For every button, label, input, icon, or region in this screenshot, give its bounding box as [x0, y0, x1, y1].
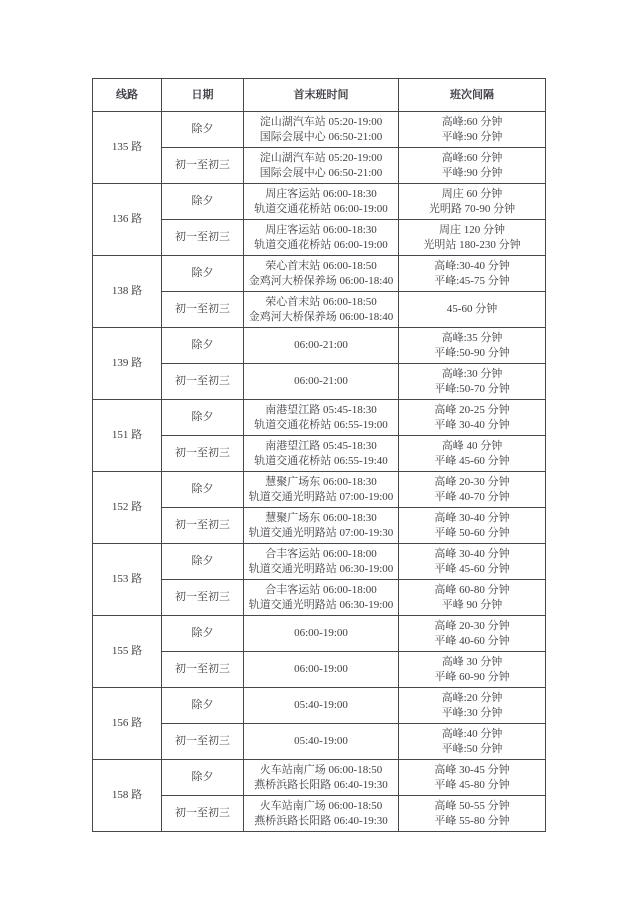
interval-line: 光明站 180-230 分钟: [401, 238, 543, 252]
table-body: 135 路除夕淀山湖汽车站 05:20-19:00国际会展中心 06:50-21…: [93, 112, 546, 832]
interval-line: 高峰 40 分钟: [401, 439, 543, 453]
time-line: 南港望江路 05:45-18:30: [246, 439, 396, 453]
first-last-time-cell: 淀山湖汽车站 05:20-19:00国际会展中心 06:50-21:00: [244, 112, 399, 148]
table-header: 线路 日期 首末班时间 班次间隔: [93, 79, 546, 112]
bus-schedule-table: 线路 日期 首末班时间 班次间隔 135 路除夕淀山湖汽车站 05:20-19:…: [92, 78, 546, 832]
interval-line: 高峰 30-40 分钟: [401, 511, 543, 525]
date-cell: 除夕: [162, 256, 244, 292]
table-row: 152 路除夕慧聚广场东 06:00-18:30轨道交通光明路站 07:00-1…: [93, 472, 546, 508]
header-row: 线路 日期 首末班时间 班次间隔: [93, 79, 546, 112]
interval-line: 光明路 70-90 分钟: [401, 202, 543, 216]
first-last-time-cell: 慧聚广场东 06:00-18:30轨道交通光明路站 07:00-19:00: [244, 472, 399, 508]
interval-line: 平峰 45-60 分钟: [401, 454, 543, 468]
table-row: 136 路除夕周庄客运站 06:00-18:30轨道交通花桥站 06:00-19…: [93, 184, 546, 220]
route-name-cell: 138 路: [93, 256, 162, 328]
time-line: 轨道交通花桥站 06:55-19:40: [246, 454, 396, 468]
time-line: 淀山湖汽车站 05:20-19:00: [246, 151, 396, 165]
interval-line: 高峰 50-55 分钟: [401, 799, 543, 813]
table-row: 138 路除夕荣心首末站 06:00-18:50金鸡河大桥保养场 06:00-1…: [93, 256, 546, 292]
date-cell: 初一至初三: [162, 436, 244, 472]
date-cell: 初一至初三: [162, 364, 244, 400]
interval-line: 平峰 55-80 分钟: [401, 814, 543, 828]
date-cell: 除夕: [162, 544, 244, 580]
route-name-cell: 156 路: [93, 688, 162, 760]
route-name-cell: 153 路: [93, 544, 162, 616]
time-line: 国际会展中心 06:50-21:00: [246, 130, 396, 144]
time-line: 轨道交通光明路站 07:00-19:30: [246, 526, 396, 540]
route-name-cell: 158 路: [93, 760, 162, 832]
interval-cell: 高峰 30-45 分钟平峰 45-80 分钟: [399, 760, 546, 796]
table-row: 135 路除夕淀山湖汽车站 05:20-19:00国际会展中心 06:50-21…: [93, 112, 546, 148]
first-last-time-cell: 06:00-21:00: [244, 328, 399, 364]
col-header-date: 日期: [162, 79, 244, 112]
interval-line: 平峰:45-75 分钟: [401, 274, 543, 288]
time-line: 06:00-19:00: [246, 626, 396, 640]
interval-cell: 高峰 50-55 分钟平峰 55-80 分钟: [399, 796, 546, 832]
date-cell: 除夕: [162, 400, 244, 436]
col-header-route: 线路: [93, 79, 162, 112]
first-last-time-cell: 合丰客运站 06:00-18:00轨道交通光明路站 06:30-19:00: [244, 580, 399, 616]
interval-cell: 高峰 30 分钟平峰 60-90 分钟: [399, 652, 546, 688]
first-last-time-cell: 淀山湖汽车站 05:20-19:00国际会展中心 06:50-21:00: [244, 148, 399, 184]
interval-line: 高峰:60 分钟: [401, 151, 543, 165]
time-line: 慧聚广场东 06:00-18:30: [246, 475, 396, 489]
first-last-time-cell: 荣心首末站 06:00-18:50金鸡河大桥保养场 06:00-18:40: [244, 292, 399, 328]
date-cell: 初一至初三: [162, 724, 244, 760]
table-row: 151 路除夕南港望江路 05:45-18:30轨道交通花桥站 06:55-19…: [93, 400, 546, 436]
route-name-cell: 151 路: [93, 400, 162, 472]
interval-line: 平峰:50 分钟: [401, 742, 543, 756]
date-cell: 除夕: [162, 184, 244, 220]
time-line: 合丰客运站 06:00-18:00: [246, 583, 396, 597]
date-cell: 初一至初三: [162, 580, 244, 616]
table-row: 156 路除夕05:40-19:00高峰:20 分钟平峰:30 分钟: [93, 688, 546, 724]
first-last-time-cell: 06:00-19:00: [244, 652, 399, 688]
interval-line: 高峰:30 分钟: [401, 367, 543, 381]
interval-line: 平峰:30 分钟: [401, 706, 543, 720]
interval-line: 高峰:35 分钟: [401, 331, 543, 345]
time-line: 轨道交通花桥站 06:55-19:00: [246, 418, 396, 432]
first-last-time-cell: 05:40-19:00: [244, 688, 399, 724]
date-cell: 除夕: [162, 688, 244, 724]
interval-line: 高峰 30-45 分钟: [401, 763, 543, 777]
table-row: 155 路除夕06:00-19:00高峰 20-30 分钟平峰 40-60 分钟: [93, 616, 546, 652]
interval-cell: 高峰:40 分钟平峰:50 分钟: [399, 724, 546, 760]
interval-line: 高峰 20-25 分钟: [401, 403, 543, 417]
interval-cell: 周庄 60 分钟光明路 70-90 分钟: [399, 184, 546, 220]
interval-line: 高峰:40 分钟: [401, 727, 543, 741]
interval-line: 高峰:30-40 分钟: [401, 259, 543, 273]
time-line: 金鸡河大桥保养场 06:00-18:40: [246, 310, 396, 324]
table-row: 153 路除夕合丰客运站 06:00-18:00轨道交通光明路站 06:30-1…: [93, 544, 546, 580]
route-name-cell: 136 路: [93, 184, 162, 256]
interval-cell: 周庄 120 分钟光明站 180-230 分钟: [399, 220, 546, 256]
first-last-time-cell: 火车站南广场 06:00-18:50燕桥浜路长阳路 06:40-19:30: [244, 760, 399, 796]
date-cell: 除夕: [162, 760, 244, 796]
first-last-time-cell: 05:40-19:00: [244, 724, 399, 760]
time-line: 周庄客运站 06:00-18:30: [246, 187, 396, 201]
first-last-time-cell: 06:00-21:00: [244, 364, 399, 400]
interval-cell: 高峰 60-80 分钟平峰 90 分钟: [399, 580, 546, 616]
time-line: 06:00-19:00: [246, 662, 396, 676]
first-last-time-cell: 06:00-19:00: [244, 616, 399, 652]
date-cell: 初一至初三: [162, 796, 244, 832]
interval-cell: 45-60 分钟: [399, 292, 546, 328]
interval-line: 平峰 30-40 分钟: [401, 418, 543, 432]
interval-cell: 高峰:30-40 分钟平峰:45-75 分钟: [399, 256, 546, 292]
interval-cell: 高峰 30-40 分钟平峰 45-60 分钟: [399, 544, 546, 580]
interval-cell: 高峰 40 分钟平峰 45-60 分钟: [399, 436, 546, 472]
col-header-time: 首末班时间: [244, 79, 399, 112]
interval-line: 平峰:50-90 分钟: [401, 346, 543, 360]
time-line: 慧聚广场东 06:00-18:30: [246, 511, 396, 525]
interval-line: 高峰:60 分钟: [401, 115, 543, 129]
interval-line: 平峰 90 分钟: [401, 598, 543, 612]
first-last-time-cell: 合丰客运站 06:00-18:00轨道交通光明路站 06:30-19:00: [244, 544, 399, 580]
interval-line: 高峰 20-30 分钟: [401, 475, 543, 489]
date-cell: 除夕: [162, 616, 244, 652]
route-name-cell: 152 路: [93, 472, 162, 544]
time-line: 06:00-21:00: [246, 338, 396, 352]
time-line: 05:40-19:00: [246, 698, 396, 712]
time-line: 05:40-19:00: [246, 734, 396, 748]
interval-line: 45-60 分钟: [401, 302, 543, 316]
time-line: 合丰客运站 06:00-18:00: [246, 547, 396, 561]
col-header-interval: 班次间隔: [399, 79, 546, 112]
date-cell: 除夕: [162, 472, 244, 508]
interval-line: 平峰 50-60 分钟: [401, 526, 543, 540]
first-last-time-cell: 南港望江路 05:45-18:30轨道交通花桥站 06:55-19:00: [244, 400, 399, 436]
time-line: 燕桥浜路长阳路 06:40-19:30: [246, 778, 396, 792]
time-line: 火车站南广场 06:00-18:50: [246, 799, 396, 813]
interval-cell: 高峰:60 分钟平峰:90 分钟: [399, 148, 546, 184]
time-line: 荣心首末站 06:00-18:50: [246, 259, 396, 273]
interval-line: 高峰 30 分钟: [401, 655, 543, 669]
time-line: 南港望江路 05:45-18:30: [246, 403, 396, 417]
interval-line: 平峰 45-80 分钟: [401, 778, 543, 792]
date-cell: 初一至初三: [162, 220, 244, 256]
interval-cell: 高峰:60 分钟平峰:90 分钟: [399, 112, 546, 148]
time-line: 06:00-21:00: [246, 374, 396, 388]
interval-cell: 高峰:35 分钟平峰:50-90 分钟: [399, 328, 546, 364]
time-line: 轨道交通光明路站 07:00-19:00: [246, 490, 396, 504]
interval-cell: 高峰:30 分钟平峰:50-70 分钟: [399, 364, 546, 400]
first-last-time-cell: 慧聚广场东 06:00-18:30轨道交通光明路站 07:00-19:30: [244, 508, 399, 544]
interval-line: 高峰 60-80 分钟: [401, 583, 543, 597]
time-line: 轨道交通花桥站 06:00-19:00: [246, 202, 396, 216]
first-last-time-cell: 火车站南广场 06:00-18:50燕桥浜路长阳路 06:40-19:30: [244, 796, 399, 832]
route-name-cell: 155 路: [93, 616, 162, 688]
interval-line: 周庄 120 分钟: [401, 223, 543, 237]
date-cell: 除夕: [162, 328, 244, 364]
first-last-time-cell: 南港望江路 05:45-18:30轨道交通花桥站 06:55-19:40: [244, 436, 399, 472]
page: 线路 日期 首末班时间 班次间隔 135 路除夕淀山湖汽车站 05:20-19:…: [0, 0, 640, 905]
time-line: 金鸡河大桥保养场 06:00-18:40: [246, 274, 396, 288]
interval-line: 周庄 60 分钟: [401, 187, 543, 201]
date-cell: 初一至初三: [162, 148, 244, 184]
interval-line: 平峰 40-70 分钟: [401, 490, 543, 504]
date-cell: 初一至初三: [162, 508, 244, 544]
interval-cell: 高峰 30-40 分钟平峰 50-60 分钟: [399, 508, 546, 544]
time-line: 国际会展中心 06:50-21:00: [246, 166, 396, 180]
interval-cell: 高峰:20 分钟平峰:30 分钟: [399, 688, 546, 724]
interval-line: 平峰:90 分钟: [401, 130, 543, 144]
interval-cell: 高峰 20-25 分钟平峰 30-40 分钟: [399, 400, 546, 436]
interval-line: 平峰 40-60 分钟: [401, 634, 543, 648]
table-row: 158 路除夕火车站南广场 06:00-18:50燕桥浜路长阳路 06:40-1…: [93, 760, 546, 796]
interval-line: 平峰 45-60 分钟: [401, 562, 543, 576]
table-row: 139 路除夕06:00-21:00高峰:35 分钟平峰:50-90 分钟: [93, 328, 546, 364]
interval-line: 平峰 60-90 分钟: [401, 670, 543, 684]
time-line: 轨道交通光明路站 06:30-19:00: [246, 562, 396, 576]
interval-cell: 高峰 20-30 分钟平峰 40-60 分钟: [399, 616, 546, 652]
first-last-time-cell: 周庄客运站 06:00-18:30轨道交通花桥站 06:00-19:00: [244, 220, 399, 256]
time-line: 轨道交通光明路站 06:30-19:00: [246, 598, 396, 612]
interval-line: 平峰:90 分钟: [401, 166, 543, 180]
time-line: 周庄客运站 06:00-18:30: [246, 223, 396, 237]
interval-line: 高峰 20-30 分钟: [401, 619, 543, 633]
route-name-cell: 139 路: [93, 328, 162, 400]
route-name-cell: 135 路: [93, 112, 162, 184]
time-line: 荣心首末站 06:00-18:50: [246, 295, 396, 309]
date-cell: 初一至初三: [162, 652, 244, 688]
interval-line: 平峰:50-70 分钟: [401, 382, 543, 396]
time-line: 淀山湖汽车站 05:20-19:00: [246, 115, 396, 129]
first-last-time-cell: 荣心首末站 06:00-18:50金鸡河大桥保养场 06:00-18:40: [244, 256, 399, 292]
time-line: 火车站南广场 06:00-18:50: [246, 763, 396, 777]
interval-line: 高峰:20 分钟: [401, 691, 543, 705]
first-last-time-cell: 周庄客运站 06:00-18:30轨道交通花桥站 06:00-19:00: [244, 184, 399, 220]
time-line: 轨道交通花桥站 06:00-19:00: [246, 238, 396, 252]
time-line: 燕桥浜路长阳路 06:40-19:30: [246, 814, 396, 828]
date-cell: 除夕: [162, 112, 244, 148]
interval-line: 高峰 30-40 分钟: [401, 547, 543, 561]
interval-cell: 高峰 20-30 分钟平峰 40-70 分钟: [399, 472, 546, 508]
date-cell: 初一至初三: [162, 292, 244, 328]
